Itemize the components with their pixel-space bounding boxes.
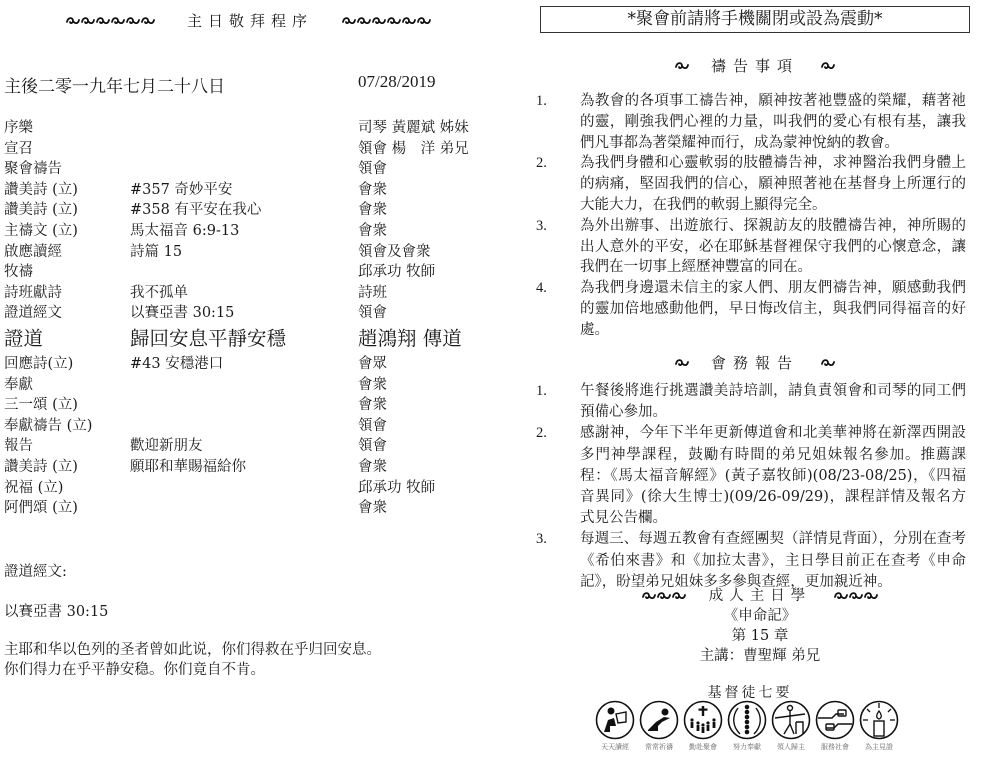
- order-person: 領會: [358, 303, 387, 324]
- order-row-lords-prayer: 主禱文 (立) 馬太福音 6:9-13 會衆: [4, 221, 494, 242]
- order-row-call-to-worship: 宣召 領會 楊 洋 弟兄: [4, 139, 494, 160]
- prayer-title-text: 禱告事項: [711, 57, 799, 75]
- order-person: 領會: [358, 159, 387, 180]
- offering-fish-coins-icon: [726, 700, 768, 740]
- worship-order-title: 主日敬拜程序: [0, 10, 500, 31]
- essential-label: 常常祈禱: [638, 742, 680, 752]
- essential-label: 服務社會: [814, 742, 856, 752]
- order-item: 奉獻: [4, 375, 33, 396]
- seven-essentials-title: 基督徒七要: [600, 682, 900, 702]
- order-person: 會衆: [358, 498, 387, 519]
- order-person: 邱承功 牧師: [358, 478, 435, 499]
- evangelism-figures-icon: [770, 700, 812, 740]
- order-person: 領會: [358, 436, 387, 457]
- sunday-school-teacher: 主講：曹聖輝 弟兄: [600, 646, 920, 666]
- order-person: 詩班: [358, 283, 387, 304]
- prayer-list: 1. 為教會的各項事工禱告神，願神按著祂豐盛的榮耀，藉著祂的靈，剛強我們心裡的力…: [536, 91, 966, 341]
- item-text: 感謝神，今年下半年更新傳道會和北美華神將在新澤西開設多門神學課程，鼓勵有時間的弟…: [580, 425, 966, 526]
- order-item: 啟應讀經: [4, 242, 62, 263]
- order-item: 證道: [4, 324, 43, 354]
- order-person: 司琴 黃麗斌 姊妹: [358, 118, 469, 139]
- order-row-hymn-1: 讚美詩 (立) #357 奇妙平安 會衆: [4, 180, 494, 201]
- report-item: 3. 每週三、每週五教會有查經團契（詳情見背面），分別在查考《希伯來書》和《加拉…: [536, 529, 966, 593]
- order-content: 歡迎新朋友: [130, 436, 203, 457]
- order-content: #358 有平安在我心: [130, 200, 261, 221]
- order-person: 會眾: [358, 354, 387, 375]
- order-person: 會衆: [358, 375, 387, 396]
- order-person: 會衆: [358, 457, 387, 478]
- order-person: 領會 楊 洋 弟兄: [358, 139, 469, 160]
- order-person: 會衆: [358, 180, 387, 201]
- order-item: 報告: [4, 436, 33, 457]
- order-row-amen: 阿們頌 (立) 會衆: [4, 498, 494, 519]
- report-item: 1. 午餐後將進行挑選讚美詩培訓，請負責領會和司琴的同工們預備心參加。: [536, 381, 966, 423]
- order-row-doxology: 三一頌 (立) 會衆: [4, 395, 494, 416]
- order-item: 回應詩(立): [4, 354, 73, 375]
- worship-order-list: 序樂 司琴 黃麗斌 姊妹 宣召 領會 楊 洋 弟兄 聚會禱告 領會 讚美詩 (立…: [4, 118, 494, 519]
- order-item: 主禱文 (立): [4, 221, 78, 242]
- ornament-left-icon: [66, 16, 158, 26]
- order-item: 證道經文: [4, 303, 62, 324]
- order-item: 宣召: [4, 139, 33, 160]
- report-title-text: 會務報告: [711, 354, 799, 372]
- prayer-item: 3. 為外出辦事、出遊旅行、探親訪友的肢體禱告神，神所賜的出人意外的平安，必在耶…: [536, 216, 966, 278]
- order-row-offering: 奉獻 會衆: [4, 375, 494, 396]
- scripture-reference: 以賽亞書 30:15: [4, 600, 108, 621]
- ornament-right-icon: [834, 591, 878, 601]
- reading-bible-icon: [594, 700, 636, 740]
- order-content: 以賽亞書 30:15: [130, 303, 234, 324]
- sunday-school-block: 成人主日學 《申命記》 第 15 章 主講：曹聖輝 弟兄: [600, 586, 920, 666]
- order-person: 會衆: [358, 395, 387, 416]
- scripture-line-2: 你们得力在乎平静安稳。你们竟自不肯。: [4, 660, 381, 680]
- seven-essentials-icons: [594, 700, 904, 740]
- worship-order-title-text: 主日敬拜程序: [187, 12, 313, 30]
- candle-light-icon: [858, 700, 900, 740]
- congregation-cross-icon: [682, 700, 724, 740]
- order-row-sermon: 證道 歸回安息平靜安穩 趙鴻翔 傳道: [4, 324, 494, 354]
- essential-label: 努力奉獻: [726, 742, 768, 752]
- ornament-left-icon: [642, 591, 686, 601]
- scripture-text: 主耶和华以色列的圣者曾如此说，你们得救在乎归回安息。 你们得力在乎平静安稳。你们…: [4, 640, 381, 680]
- sunday-school-book: 《申命記》: [600, 606, 920, 626]
- order-item: 讚美詩 (立): [4, 457, 78, 478]
- order-content: #357 奇妙平安: [130, 180, 232, 201]
- item-text: 為我們身體和心靈軟弱的肢體禱告神，求神醫治我們身體上的病痛，堅固我們的信心，願神…: [580, 155, 966, 213]
- order-item: 阿們頌 (立): [4, 498, 78, 519]
- order-content: 詩篇 15: [130, 242, 182, 263]
- order-content: 馬太福音 6:9-13: [130, 221, 239, 242]
- item-text: 為我們身邊還未信主的家人們、朋友們禱告神，願感動我們的靈加倍地感動他們，早日悔改…: [580, 280, 966, 338]
- item-number: 2.: [536, 153, 547, 174]
- order-content: #43 安穩港口: [130, 354, 223, 375]
- order-item: 牧禱: [4, 262, 33, 283]
- order-row-scripture-reading: 證道經文 以賽亞書 30:15 領會: [4, 303, 494, 324]
- serving-hands-icon: [814, 700, 856, 740]
- item-number: 2.: [536, 423, 547, 444]
- ornament-icon: [675, 358, 689, 368]
- order-item: 祝福 (立): [4, 478, 63, 499]
- scripture-line-1: 主耶和华以色列的圣者曾如此说，你们得救在乎归回安息。: [4, 640, 381, 660]
- report-list: 1. 午餐後將進行挑選讚美詩培訓，請負責領會和司琴的同工們預備心參加。 2. 感…: [536, 381, 966, 593]
- order-row-hymn-2: 讚美詩 (立) #358 有平安在我心 會衆: [4, 200, 494, 221]
- report-item: 2. 感謝神，今年下半年更新傳道會和北美華神將在新澤西開設多門神學課程，鼓勵有時…: [536, 423, 966, 529]
- scripture-heading: 證道經文:: [4, 560, 67, 581]
- prayer-item: 1. 為教會的各項事工禱告神，願神按著祂豐盛的榮耀，藉著祂的靈，剛強我們心裡的力…: [536, 91, 966, 153]
- order-row-hymn-3: 讚美詩 (立) 願耶和華賜福給你 會衆: [4, 457, 494, 478]
- prayer-section-title: 禱告事項: [540, 55, 970, 76]
- order-row-benediction: 祝福 (立) 邱承功 牧師: [4, 478, 494, 499]
- item-text: 午餐後將進行挑選讚美詩培訓，請負責領會和司琴的同工們預備心參加。: [580, 383, 966, 420]
- order-row-offering-prayer: 奉獻禱告 (立) 領會: [4, 416, 494, 437]
- item-number: 1.: [536, 91, 547, 112]
- prayer-item: 4. 為我們身邊還未信主的家人們、朋友們禱告神，願感動我們的靈加倍地感動他們，早…: [536, 278, 966, 340]
- ornament-icon: [675, 61, 689, 71]
- ornament-right-icon: [342, 16, 434, 26]
- order-person: 領會及會衆: [358, 242, 431, 263]
- item-text: 每週三、每週五教會有查經團契（詳情見背面），分別在查考《希伯來書》和《加拉太書》…: [580, 531, 966, 589]
- order-content: 願耶和華賜福給你: [130, 457, 246, 478]
- order-person: 會衆: [358, 221, 387, 242]
- preacher: 趙鴻翔 傳道: [358, 324, 462, 354]
- seven-essentials-labels: 天天讀經 常常祈禱 勤赴聚會 努力奉獻 領人歸主 服務社會 為主見證: [594, 742, 904, 752]
- item-number: 3.: [536, 216, 547, 237]
- order-row-prelude: 序樂 司琴 黃麗斌 姊妹: [4, 118, 494, 139]
- ornament-icon: [821, 61, 835, 71]
- date-numeric: 07/28/2019: [358, 72, 435, 92]
- order-item: 序樂: [4, 118, 33, 139]
- item-text: 為外出辦事、出遊旅行、探親訪友的肢體禱告神，神所賜的出人意外的平安，必在耶穌基督…: [580, 218, 966, 276]
- essential-label: 領人歸主: [770, 742, 812, 752]
- sunday-school-title: 成人主日學: [600, 586, 920, 606]
- item-number: 4.: [536, 278, 547, 299]
- order-row-choir: 詩班獻詩 我不孤单 詩班: [4, 283, 494, 304]
- sunday-school-title-text: 成人主日學: [709, 588, 812, 604]
- order-item: 聚會禱告: [4, 159, 62, 180]
- order-person: 邱承功 牧師: [358, 262, 435, 283]
- order-row-response-hymn: 回應詩(立) #43 安穩港口 會眾: [4, 354, 494, 375]
- item-number: 3.: [536, 529, 547, 550]
- order-person: 會衆: [358, 200, 387, 221]
- order-item: 奉獻禱告 (立): [4, 416, 92, 437]
- essential-label: 為主見證: [858, 742, 900, 752]
- order-row-pastoral-prayer: 牧禱 邱承功 牧師: [4, 262, 494, 283]
- order-item: 讚美詩 (立): [4, 200, 78, 221]
- sunday-school-chapter: 第 15 章: [600, 626, 920, 646]
- order-item: 讚美詩 (立): [4, 180, 78, 201]
- item-text: 為教會的各項事工禱告神，願神按著祂豐盛的榮耀，藉著祂的靈，剛強我們心裡的力量，叫…: [580, 93, 966, 151]
- order-person: 領會: [358, 416, 387, 437]
- order-row-opening-prayer: 聚會禱告 領會: [4, 159, 494, 180]
- sermon-title: 歸回安息平靜安穩: [130, 324, 286, 354]
- ornament-icon: [821, 358, 835, 368]
- date-chinese: 主後二零一九年七月二十八日: [4, 72, 225, 97]
- report-section-title: 會務報告: [540, 352, 970, 373]
- kneeling-prayer-icon: [638, 700, 680, 740]
- essential-label: 天天讀經: [594, 742, 636, 752]
- phone-notice-banner: *聚會前請將手機關閉或設為震動*: [540, 6, 970, 33]
- order-row-responsive-reading: 啟應讀經 詩篇 15 領會及會衆: [4, 242, 494, 263]
- essential-label: 勤赴聚會: [682, 742, 724, 752]
- item-number: 1.: [536, 381, 547, 402]
- order-content: 我不孤单: [130, 283, 188, 304]
- prayer-item: 2. 為我們身體和心靈軟弱的肢體禱告神，求神醫治我們身體上的病痛，堅固我們的信心…: [536, 153, 966, 215]
- order-item: 三一頌 (立): [4, 395, 78, 416]
- order-item: 詩班獻詩: [4, 283, 62, 304]
- order-row-announcements: 報告 歡迎新朋友 領會: [4, 436, 494, 457]
